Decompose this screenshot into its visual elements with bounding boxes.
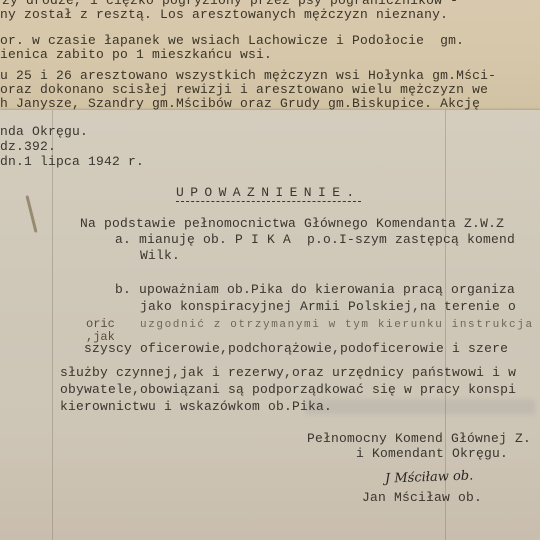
item-a: a. mianuję ob. P I K A p.o.I-szym zastęp… <box>115 233 515 247</box>
upper-page-fragment: zy drodze, i ciężko pogryziony przez psy… <box>0 0 540 112</box>
item-a-cont: Wilk. <box>140 249 180 263</box>
paragraph-line: obywatele,obowiązani są podporządkować s… <box>60 383 516 397</box>
intro-line: Na podstawie pełnomocnictwa Głównego Kom… <box>80 217 504 231</box>
signatory-title: Pełnomocny Komend Głównej Z. <box>307 432 531 446</box>
text-line: or. w czasie łapanek we wsiach Lachowicz… <box>0 34 464 48</box>
document-title: UPOWAZNIENIE. <box>176 185 361 202</box>
text-line: u 25 i 26 aresztowano wszystkich mężczyz… <box>0 69 496 83</box>
item-b-cont: jako konspiracyjnej Armii Polskiej,na te… <box>140 300 516 314</box>
header-unit: nda Okręgu. <box>0 125 88 139</box>
paper-fold <box>52 110 53 540</box>
text-line: ienica zabito po 1 mieszkańcu wsi. <box>0 48 272 62</box>
header-date: dn.1 lipca 1942 r. <box>0 155 144 169</box>
handwritten-signature: J Mściław ob. <box>385 468 474 486</box>
paragraph-line: kierownictwu i wskazówkom ob.Pika. <box>60 400 332 414</box>
margin-note: oric <box>86 317 115 331</box>
text-line: ny został z resztą. Los aresztowanych mę… <box>0 8 448 22</box>
text-line: oraz dokonano scisłej rewizji i aresztow… <box>0 83 488 97</box>
text-line: h Janysze, Szandry gm.Mścibów oraz Grudy… <box>0 97 480 111</box>
faded-marking <box>305 400 535 414</box>
paragraph-line: służby czynnej,jak i rezerwy,oraz urzędn… <box>60 366 516 380</box>
signatory-name: Jan Mściław ob. <box>362 491 482 505</box>
signatory-role: i Komendant Okręgu. <box>356 447 508 461</box>
item-b-faded: uzgodnić z otrzymanymi w tym kierunku in… <box>140 318 534 332</box>
header-number: dz.392. <box>0 140 56 154</box>
item-b: b. upoważniam ob.Pika do kierowania prac… <box>115 283 515 297</box>
paragraph-line: szyscy oficerowie,podchorążowie,podofice… <box>84 342 508 356</box>
